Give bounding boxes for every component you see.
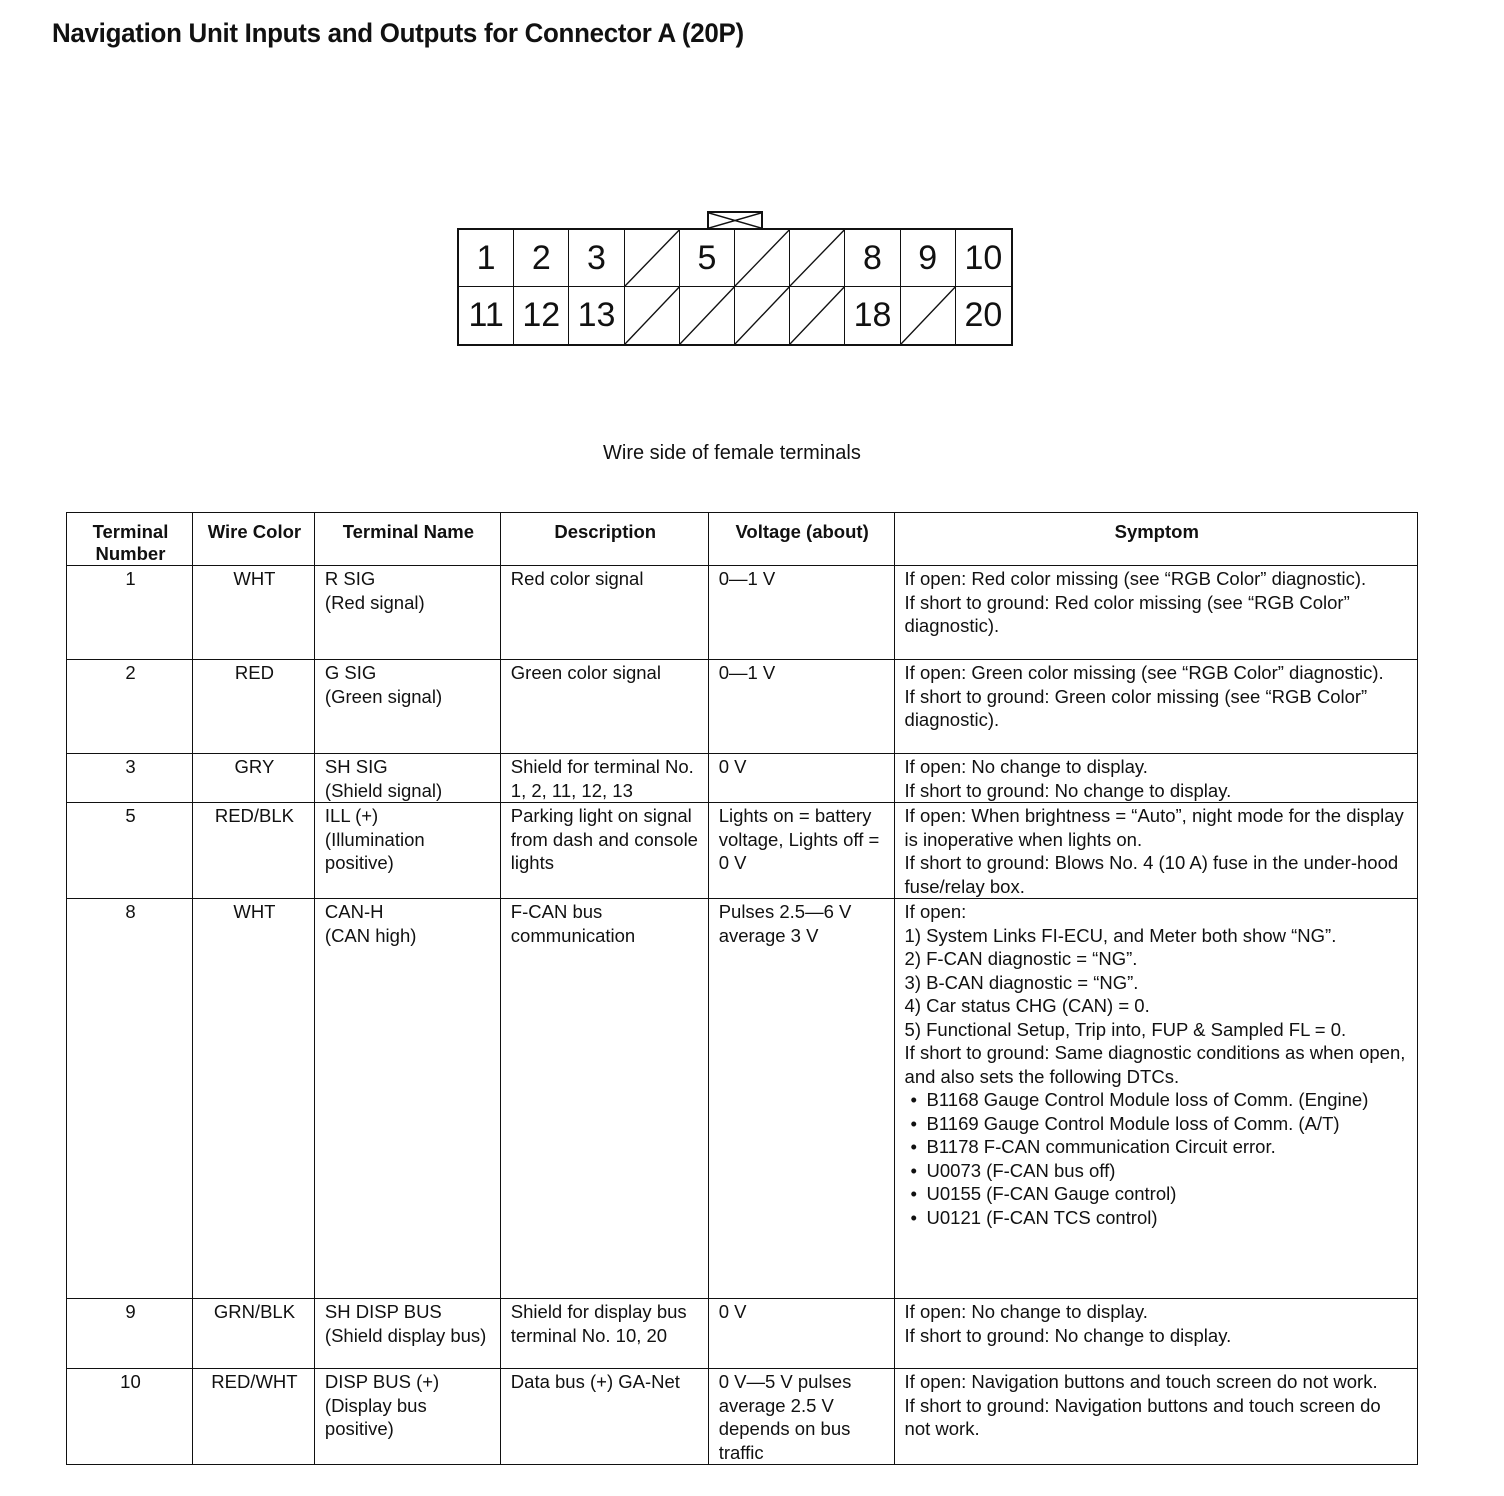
description: F-CAN bus communication (500, 899, 708, 1299)
wire-color: GRY (192, 754, 314, 803)
header-description: Description (500, 513, 708, 566)
table-row: 10RED/WHTDISP BUS (+)(Display bus positi… (67, 1369, 1418, 1465)
empty-terminal-slot (901, 287, 956, 344)
terminal-name: CAN-H (325, 900, 492, 924)
table-row: 5RED/BLKILL (+)(Illumination positive)Pa… (67, 803, 1418, 899)
terminal-number: 8 (67, 899, 193, 1299)
terminal-name-cell: ILL (+)(Illumination positive) (314, 803, 500, 899)
terminal-number: 9 (67, 1299, 193, 1369)
symptom: If open: Red color missing (see “RGB Col… (894, 566, 1417, 660)
empty-terminal-slot (625, 230, 680, 287)
symptom-short: If short to ground: No change to display… (905, 779, 1409, 803)
terminal-name-sub: (Illumination positive) (325, 828, 492, 875)
wire-color: WHT (192, 566, 314, 660)
voltage: 0 V (708, 1299, 894, 1369)
symptom-short: If short to ground: No change to display… (905, 1324, 1409, 1348)
terminal-name-sub: (Green signal) (325, 685, 492, 709)
terminal-name: R SIG (325, 567, 492, 591)
table-row: 9GRN/BLKSH DISP BUS(Shield display bus)S… (67, 1299, 1418, 1369)
voltage: 0 V (708, 754, 894, 803)
empty-terminal-slot (735, 287, 790, 344)
symptom-open: If open: When brightness = “Auto”, night… (905, 804, 1409, 851)
terminal-name: DISP BUS (+) (325, 1370, 492, 1394)
terminal-name-sub: (Display bus positive) (325, 1394, 492, 1441)
voltage: Pulses 2.5—6 V average 3 V (708, 899, 894, 1299)
symptom-short: If short to ground: Blows No. 4 (10 A) f… (905, 851, 1409, 898)
empty-terminal-slot (680, 287, 735, 344)
voltage: Lights on = battery voltage, Lights off … (708, 803, 894, 899)
symptom: If open: No change to display.If short t… (894, 1299, 1417, 1369)
terminal-name-cell: SH DISP BUS(Shield display bus) (314, 1299, 500, 1369)
table-row: 3GRYSH SIG(Shield signal)Shield for term… (67, 754, 1418, 803)
dtc-list: B1168 Gauge Control Module loss of Comm.… (905, 1088, 1409, 1229)
terminal-name-cell: SH SIG(Shield signal) (314, 754, 500, 803)
voltage: 0 V—5 V pulses average 2.5 V depends on … (708, 1369, 894, 1465)
connector-terminal-grid: 123589101112131820 (457, 228, 1013, 346)
symptom: If open: Navigation buttons and touch sc… (894, 1369, 1417, 1465)
wire-color: RED (192, 660, 314, 754)
terminal-name-sub: (Shield display bus) (325, 1324, 492, 1348)
terminal-name-cell: CAN-H(CAN high) (314, 899, 500, 1299)
terminal-name-cell: G SIG(Green signal) (314, 660, 500, 754)
terminal-number: 5 (67, 803, 193, 899)
header-symptom: Symptom (894, 513, 1417, 566)
voltage: 0—1 V (708, 566, 894, 660)
dtc-item: U0121 (F-CAN TCS control) (905, 1206, 1409, 1230)
symptom-open: If open: Green color missing (see “RGB C… (905, 661, 1409, 685)
symptom-open-item: 4) Car status CHG (CAN) = 0. (905, 994, 1409, 1018)
symptom: If open: No change to display.If short t… (894, 754, 1417, 803)
symptom: If open:1) System Links FI-ECU, and Mete… (894, 899, 1417, 1299)
terminal-cell: 20 (956, 287, 1011, 344)
empty-terminal-slot (790, 230, 845, 287)
symptom: If open: When brightness = “Auto”, night… (894, 803, 1417, 899)
symptom-open-item: 1) System Links FI-ECU, and Meter both s… (905, 924, 1409, 948)
io-table: Terminal Number Wire Color Terminal Name… (66, 512, 1418, 1465)
terminal-cell: 8 (845, 230, 900, 287)
terminal-name-cell: DISP BUS (+)(Display bus positive) (314, 1369, 500, 1465)
dtc-item: B1168 Gauge Control Module loss of Comm.… (905, 1088, 1409, 1112)
description: Parking light on signal from dash and co… (500, 803, 708, 899)
symptom-short: If short to ground: Same diagnostic cond… (905, 1041, 1409, 1088)
terminal-number: 10 (67, 1369, 193, 1465)
terminal-cell: 5 (680, 230, 735, 287)
empty-terminal-slot (735, 230, 790, 287)
symptom-open: If open: Navigation buttons and touch sc… (905, 1370, 1409, 1394)
symptom-open: If open: No change to display. (905, 1300, 1409, 1324)
terminal-name: G SIG (325, 661, 492, 685)
wire-color: WHT (192, 899, 314, 1299)
wire-color: RED/BLK (192, 803, 314, 899)
table-header-row: Terminal Number Wire Color Terminal Name… (67, 513, 1418, 566)
voltage: 0—1 V (708, 660, 894, 754)
symptom: If open: Green color missing (see “RGB C… (894, 660, 1417, 754)
description: Shield for display bus terminal No. 10, … (500, 1299, 708, 1369)
header-terminal-number: Terminal Number (67, 513, 193, 566)
terminal-name-sub: (Shield signal) (325, 779, 492, 803)
empty-terminal-slot (625, 287, 680, 344)
terminal-cell: 3 (569, 230, 624, 287)
terminal-name: SH SIG (325, 755, 492, 779)
table-row: 8WHTCAN-H(CAN high)F-CAN bus communicati… (67, 899, 1418, 1299)
terminal-cell: 11 (459, 287, 514, 344)
terminal-cell: 2 (514, 230, 569, 287)
dtc-item: U0155 (F-CAN Gauge control) (905, 1182, 1409, 1206)
terminal-name: SH DISP BUS (325, 1300, 492, 1324)
symptom-open: If open: (905, 900, 1409, 924)
symptom-short: If short to ground: Navigation buttons a… (905, 1394, 1409, 1441)
terminal-number: 3 (67, 754, 193, 803)
symptom-open: If open: Red color missing (see “RGB Col… (905, 567, 1409, 591)
dtc-item: B1178 F-CAN communication Circuit error. (905, 1135, 1409, 1159)
connector-diagram: 123589101112131820 (457, 211, 1013, 346)
terminal-number: 1 (67, 566, 193, 660)
page-title: Navigation Unit Inputs and Outputs for C… (52, 18, 744, 49)
terminal-name-sub: (Red signal) (325, 591, 492, 615)
empty-terminal-slot (790, 287, 845, 344)
symptom-open-item: 5) Functional Setup, Trip into, FUP & Sa… (905, 1018, 1409, 1042)
header-terminal-name: Terminal Name (314, 513, 500, 566)
connector-caption: Wire side of female terminals (603, 442, 861, 465)
symptom-short: If short to ground: Red color missing (s… (905, 591, 1409, 638)
terminal-cell: 9 (901, 230, 956, 287)
terminal-number: 2 (67, 660, 193, 754)
terminal-cell: 13 (569, 287, 624, 344)
dtc-item: U0073 (F-CAN bus off) (905, 1159, 1409, 1183)
terminal-name-sub: (CAN high) (325, 924, 492, 948)
description: Shield for terminal No. 1, 2, 11, 12, 13 (500, 754, 708, 803)
table-row: 2REDG SIG(Green signal)Green color signa… (67, 660, 1418, 754)
symptom-open-item: 3) B-CAN diagnostic = “NG”. (905, 971, 1409, 995)
terminal-cell: 1 (459, 230, 514, 287)
symptom-short: If short to ground: Green color missing … (905, 685, 1409, 732)
table-row: 1WHTR SIG(Red signal)Red color signal0—1… (67, 566, 1418, 660)
terminal-cell: 10 (956, 230, 1011, 287)
terminal-name: ILL (+) (325, 804, 492, 828)
description: Red color signal (500, 566, 708, 660)
terminal-cell: 12 (514, 287, 569, 344)
dtc-item: B1169 Gauge Control Module loss of Comm.… (905, 1112, 1409, 1136)
terminal-cell: 18 (845, 287, 900, 344)
description: Data bus (+) GA-Net (500, 1369, 708, 1465)
header-wire-color: Wire Color (192, 513, 314, 566)
description: Green color signal (500, 660, 708, 754)
header-voltage: Voltage (about) (708, 513, 894, 566)
symptom-open-item: 2) F-CAN diagnostic = “NG”. (905, 947, 1409, 971)
wire-color: RED/WHT (192, 1369, 314, 1465)
terminal-name-cell: R SIG(Red signal) (314, 566, 500, 660)
symptom-open: If open: No change to display. (905, 755, 1409, 779)
wire-color: GRN/BLK (192, 1299, 314, 1369)
